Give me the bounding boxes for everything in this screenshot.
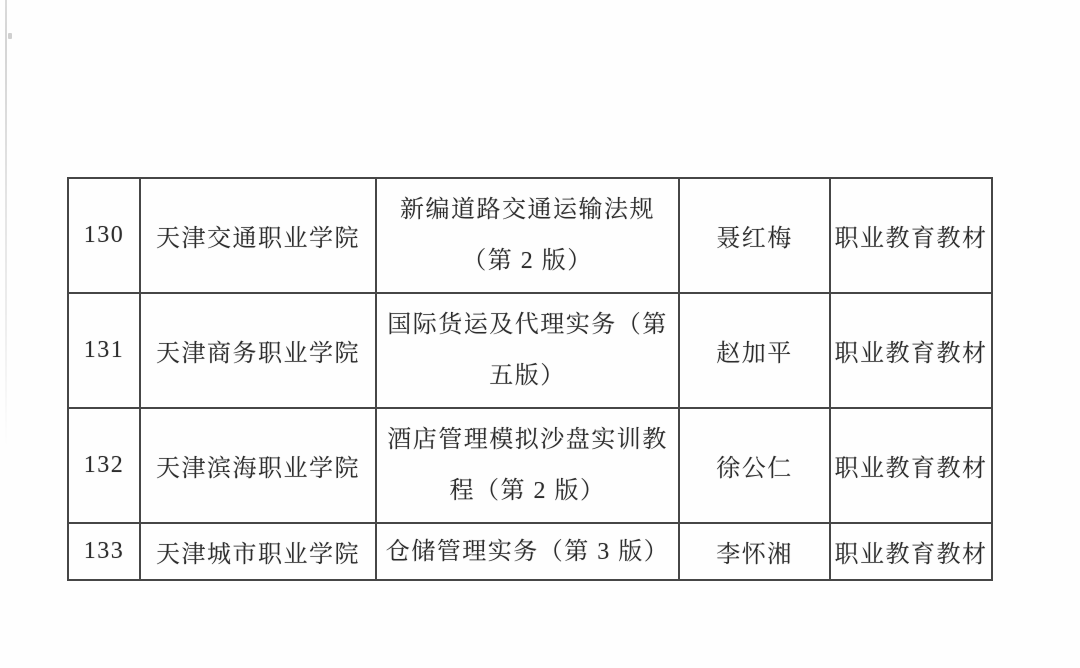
cell-category: 职业教育教材 [830,523,992,580]
table-row: 132 天津滨海职业学院 酒店管理模拟沙盘实训教 程（第 2 版） 徐公仁 职业… [68,408,992,523]
cell-book-title: 酒店管理模拟沙盘实训教 程（第 2 版） [376,408,679,523]
book-title-line: 五版） [489,363,566,389]
cell-author: 聂红梅 [679,178,830,293]
book-title-lines: 新编道路交通运输法规 （第 2 版） [377,197,678,274]
cell-institution: 天津交通职业学院 [140,178,376,293]
book-title-line: 酒店管理模拟沙盘实训教 [387,427,668,453]
cell-number: 132 [68,408,140,523]
scan-speck-artifact [8,33,12,39]
cell-institution: 天津城市职业学院 [140,523,376,580]
cell-category: 职业教育教材 [830,408,992,523]
cell-book-title: 仓储管理实务（第 3 版） [376,523,679,580]
cell-number: 130 [68,178,140,293]
table-row: 133 天津城市职业学院 仓储管理实务（第 3 版） 李怀湘 职业教育教材 [68,523,992,580]
cell-book-title: 国际货运及代理实务（第 五版） [376,293,679,408]
cell-book-title: 新编道路交通运输法规 （第 2 版） [376,178,679,293]
book-title-line: 国际货运及代理实务（第 [387,312,668,338]
book-title-line: 程（第 2 版） [450,478,606,504]
book-title-lines: 国际货运及代理实务（第 五版） [377,312,678,389]
cell-category: 职业教育教材 [830,178,992,293]
book-title-line: （第 2 版） [462,248,593,274]
book-title-lines: 酒店管理模拟沙盘实训教 程（第 2 版） [377,427,678,504]
cell-institution: 天津滨海职业学院 [140,408,376,523]
table-row: 131 天津商务职业学院 国际货运及代理实务（第 五版） 赵加平 职业教育教材 [68,293,992,408]
cell-number: 133 [68,523,140,580]
textbook-list-table: 130 天津交通职业学院 新编道路交通运输法规 （第 2 版） 聂红梅 职业教育… [67,177,993,581]
book-title-line: 仓储管理实务（第 3 版） [386,539,670,565]
scanned-document-page: 130 天津交通职业学院 新编道路交通运输法规 （第 2 版） 聂红梅 职业教育… [0,0,1080,668]
book-title-lines: 仓储管理实务（第 3 版） [377,539,678,565]
scan-edge-artifact [5,0,7,448]
book-title-line: 新编道路交通运输法规 [400,197,655,223]
cell-number: 131 [68,293,140,408]
cell-institution: 天津商务职业学院 [140,293,376,408]
table-row: 130 天津交通职业学院 新编道路交通运输法规 （第 2 版） 聂红梅 职业教育… [68,178,992,293]
cell-category: 职业教育教材 [830,293,992,408]
cell-author: 徐公仁 [679,408,830,523]
cell-author: 李怀湘 [679,523,830,580]
cell-author: 赵加平 [679,293,830,408]
